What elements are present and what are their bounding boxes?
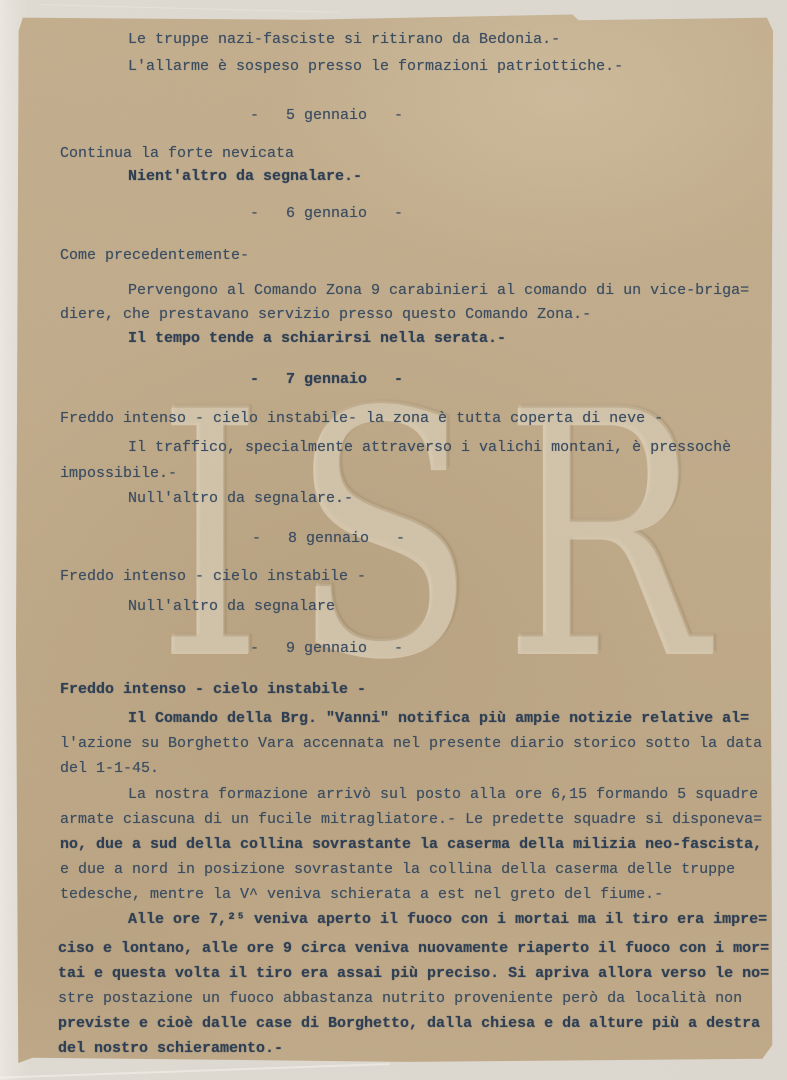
text-line: tai e questa volta il tiro era assai più… bbox=[58, 965, 769, 983]
text-line: l'azione su Borghetto Vara accennata nel… bbox=[60, 735, 762, 753]
text-line: previste e cioè dalle case di Borghetto,… bbox=[58, 1015, 760, 1033]
text-line: Il Comando della Brg. "Vanni" notifica p… bbox=[128, 710, 749, 728]
text-line: Pervengono al Comando Zona 9 carabinieri… bbox=[128, 282, 749, 300]
text-line: stre postazione un fuoco abbastanza nutr… bbox=[58, 990, 742, 1008]
date-heading: - 8 gennaio - bbox=[252, 530, 405, 548]
text-line: Alle ore 7,²⁵ veniva aperto il fuoco con… bbox=[128, 911, 767, 929]
text-line: ciso e lontano, alle ore 9 circa veniva … bbox=[58, 940, 769, 958]
text-line: Freddo intenso - cielo instabile - bbox=[60, 568, 366, 586]
text-line: armate ciascuna di un fucile mitragliato… bbox=[60, 811, 762, 829]
text-line: impossibile.- bbox=[60, 465, 177, 483]
text-line: diere, che prestavano servizio presso qu… bbox=[60, 306, 591, 324]
date-heading: - 7 gennaio - bbox=[250, 371, 403, 389]
document-lines: Le truppe nazi-fasciste si ritirano da B… bbox=[0, 0, 787, 1080]
text-line: Null'altro da segnalare.- bbox=[128, 490, 353, 508]
text-line: Le truppe nazi-fasciste si ritirano da B… bbox=[128, 31, 560, 49]
text-line: no, due a sud della collina sovrastante … bbox=[60, 836, 762, 854]
text-line: tedesche, mentre la V^ veniva schierata … bbox=[60, 886, 663, 904]
text-line: Null'altro da segnalare bbox=[128, 598, 335, 616]
text-line: Freddo intenso - cielo instabile- la zon… bbox=[60, 410, 663, 428]
text-line: Il traffico, specialmente attraverso i v… bbox=[128, 439, 731, 457]
scanned-document-view: ISR Le truppe nazi-fasciste si ritirano … bbox=[0, 0, 787, 1080]
date-heading: - 5 gennaio - bbox=[250, 107, 403, 125]
text-line: Come precedentemente- bbox=[60, 247, 249, 265]
date-heading: - 6 gennaio - bbox=[250, 205, 403, 223]
text-line: Il tempo tende a schiarirsi nella serata… bbox=[128, 330, 506, 348]
date-heading: - 9 gennaio - bbox=[250, 640, 403, 658]
text-line: Continua la forte nevicata bbox=[60, 145, 294, 163]
text-line: Freddo intenso - cielo instabile - bbox=[60, 681, 366, 699]
text-line: del 1-1-45. bbox=[60, 760, 159, 778]
text-line: del nostro schieramento.- bbox=[58, 1040, 283, 1058]
text-line: L'allarme è sospeso presso le formazioni… bbox=[128, 58, 623, 76]
text-line: e due a nord in posizione sovrastante la… bbox=[60, 861, 735, 879]
text-line: Nient'altro da segnalare.- bbox=[128, 168, 362, 186]
text-line: La nostra formazione arrivò sul posto al… bbox=[128, 786, 758, 804]
